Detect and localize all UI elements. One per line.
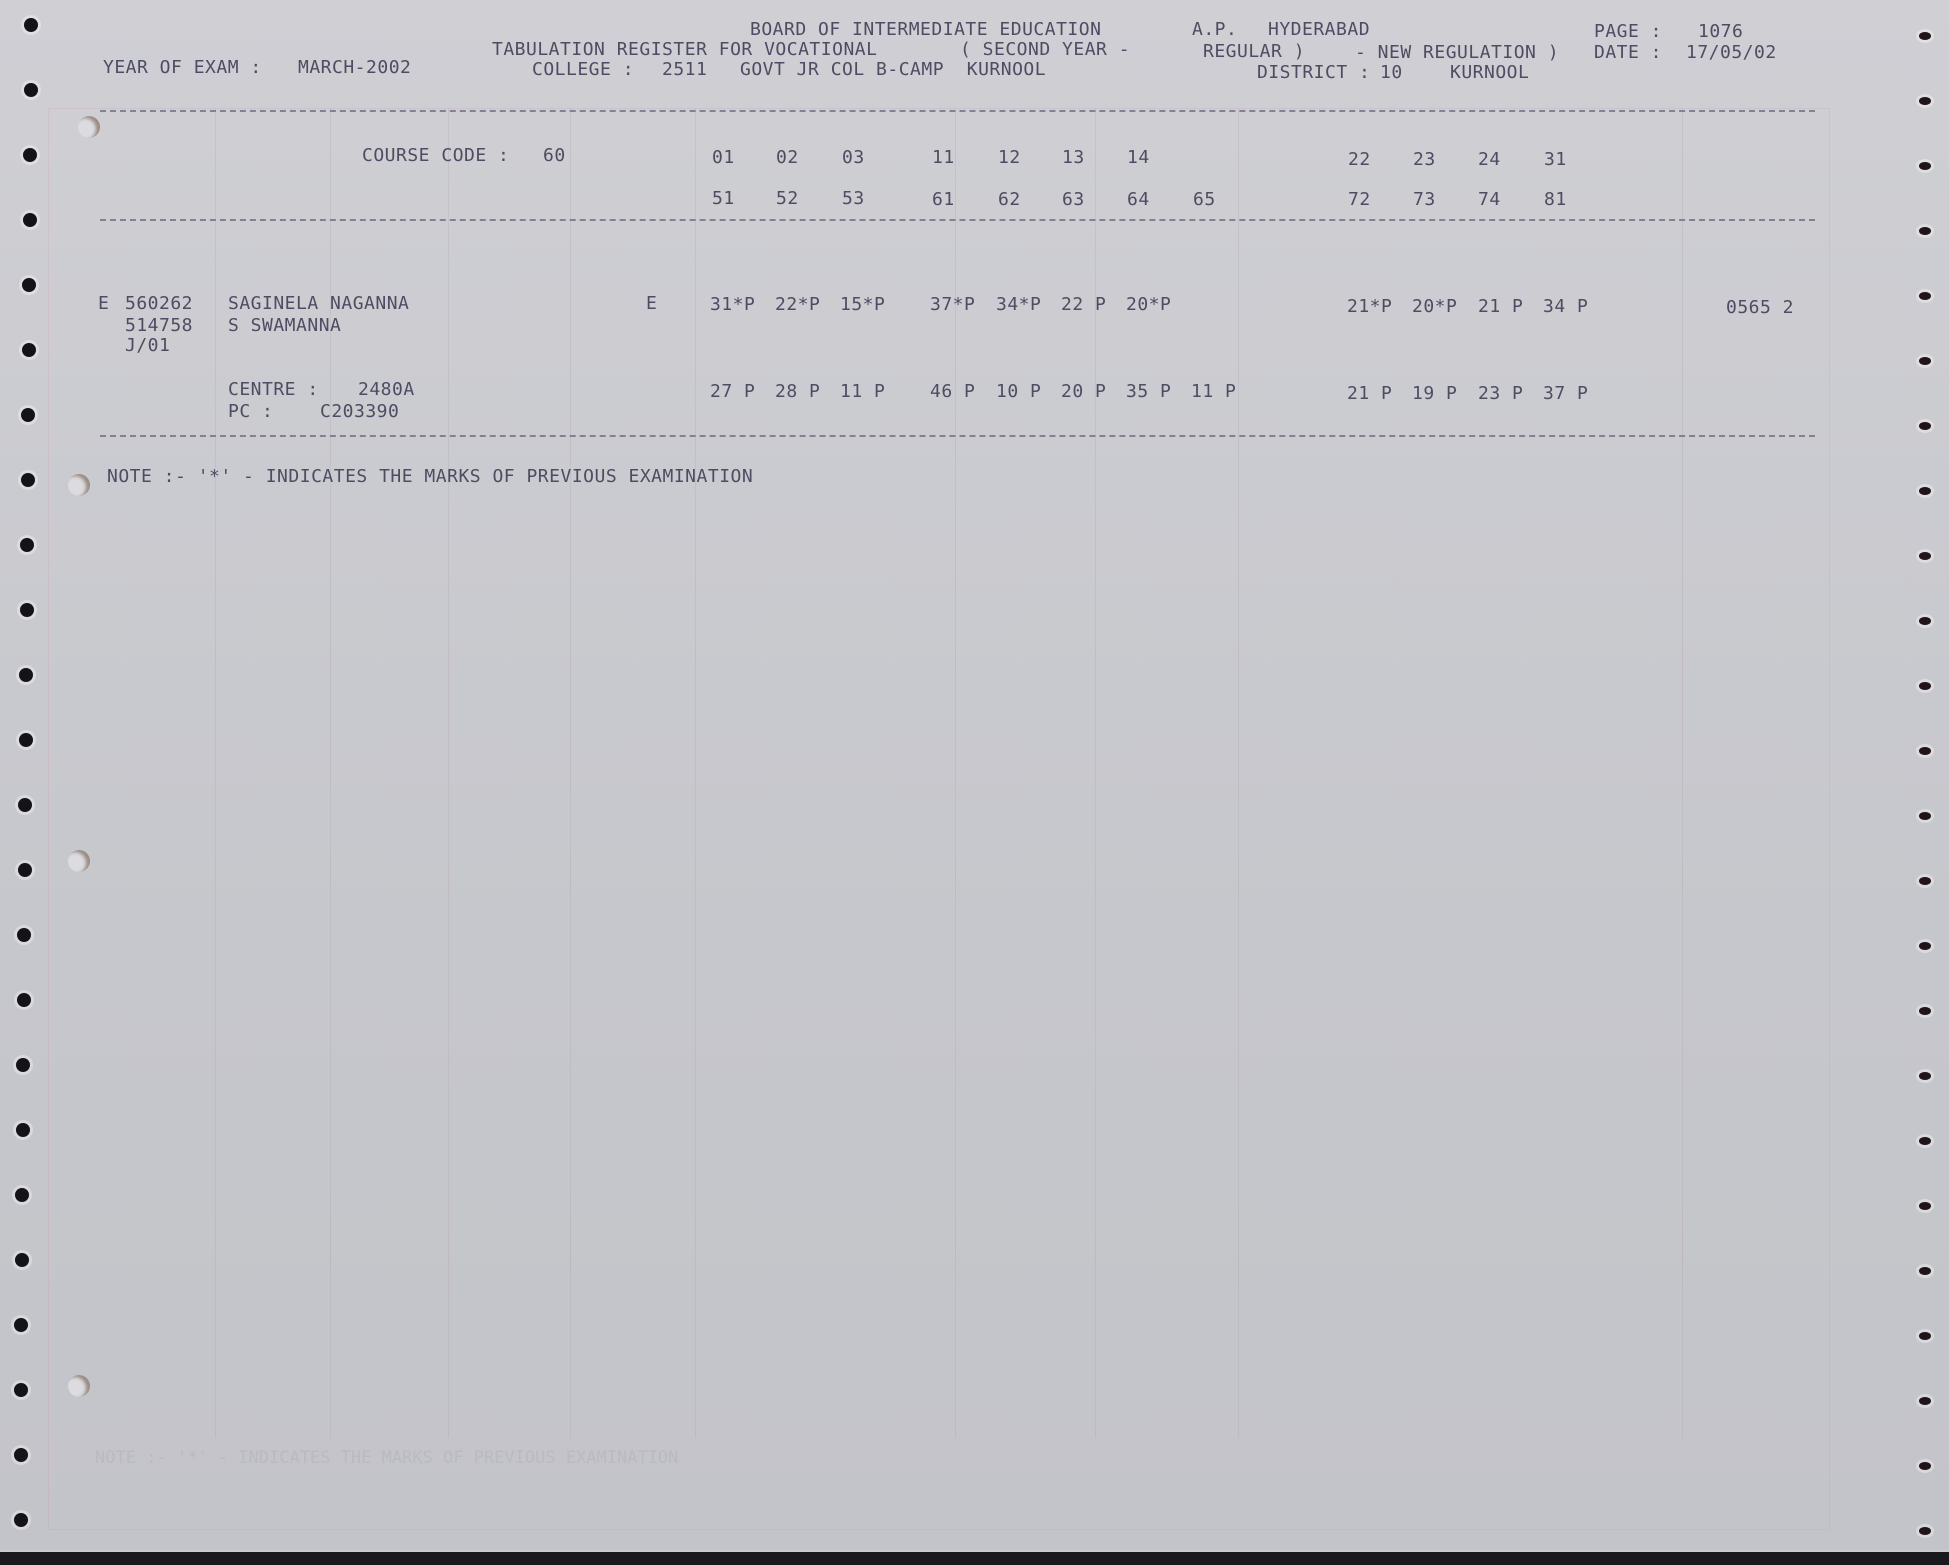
feed-hole-icon (20, 603, 34, 617)
separator-line (100, 435, 1815, 437)
course-code-label: COURSE CODE : (362, 146, 509, 166)
mark: 27 P (710, 382, 755, 402)
feed-hole-icon (21, 408, 35, 422)
grid-line (448, 108, 449, 1438)
feed-hole-icon (16, 1123, 30, 1137)
medium: E (646, 294, 657, 314)
feed-hole-icon (1919, 1527, 1931, 1535)
mark: 37 P (1543, 384, 1588, 404)
feed-hole-icon (1919, 747, 1931, 755)
feed-hole-icon (15, 1188, 29, 1202)
grid-line (1238, 108, 1239, 1438)
feed-hole-icon (17, 993, 31, 1007)
mark: 31*P (710, 295, 755, 315)
college-code: 2511 (662, 60, 707, 80)
paper-tear (68, 1375, 90, 1397)
pc-label: PC : (228, 402, 273, 422)
date: 17/05/02 (1686, 43, 1777, 63)
category: E (98, 294, 109, 314)
feed-hole-icon (14, 1383, 28, 1397)
paper-tear (78, 116, 100, 138)
student-name: SAGINELA NAGANNA (228, 294, 409, 314)
feed-hole-icon (1919, 1267, 1931, 1275)
mark: 15*P (840, 295, 885, 315)
college-name: GOVT JR COL B-CAMP KURNOOL (740, 60, 1046, 80)
exam-type: REGULAR ) (1203, 42, 1305, 62)
subject-code: 02 (776, 148, 799, 168)
feed-hole-icon (14, 1448, 28, 1462)
register-title: TABULATION REGISTER FOR VOCATIONAL (492, 40, 877, 60)
district-label: DISTRICT : (1257, 63, 1370, 83)
year-of-exam: MARCH-2002 (298, 58, 411, 78)
mark: 37*P (930, 295, 975, 315)
group: J/01 (125, 336, 170, 356)
feed-hole-icon (18, 798, 32, 812)
mark: 20 P (1061, 382, 1106, 402)
feed-hole-icon (1919, 877, 1931, 885)
board-name: BOARD OF INTERMEDIATE EDUCATION (750, 20, 1101, 40)
subject-code: 03 (842, 148, 865, 168)
feed-hole-icon (14, 1318, 28, 1332)
feed-hole-icon (20, 538, 34, 552)
mark: 21 P (1478, 297, 1523, 317)
feed-hole-icon (23, 213, 37, 227)
feed-hole-icon (22, 278, 36, 292)
feed-hole-icon (1919, 357, 1931, 365)
subject-code: 74 (1478, 190, 1501, 210)
mark: 20*P (1126, 295, 1171, 315)
grid-line (1682, 108, 1683, 1438)
subject-code: 14 (1127, 148, 1150, 168)
city: HYDERABAD (1268, 20, 1370, 40)
scanner-edge (0, 1552, 1949, 1565)
subject-code: 64 (1127, 190, 1150, 210)
note: NOTE :- '*' - INDICATES THE MARKS OF PRE… (107, 467, 753, 487)
feed-hole-icon (24, 83, 38, 97)
mark: 11 P (840, 382, 885, 402)
feed-hole-icon (21, 473, 35, 487)
subject-code: 65 (1193, 190, 1216, 210)
mark: 22 P (1061, 295, 1106, 315)
mark: 23 P (1478, 384, 1523, 404)
page-label: PAGE : (1594, 22, 1662, 42)
state: A.P. (1192, 20, 1237, 40)
subject-code: 61 (932, 190, 955, 210)
subject-code: 23 (1413, 150, 1436, 170)
subject-code: 63 (1062, 190, 1085, 210)
year-of-exam-label: YEAR OF EXAM : (103, 58, 262, 78)
feed-hole-icon (1919, 812, 1931, 820)
mark: 21*P (1347, 297, 1392, 317)
subject-code: 81 (1544, 190, 1567, 210)
feed-hole-icon (1919, 1397, 1931, 1405)
mark: 19 P (1412, 384, 1457, 404)
feed-hole-icon (1919, 1007, 1931, 1015)
mark: 46 P (930, 382, 975, 402)
feed-hole-icon (19, 668, 33, 682)
course-code: 60 (543, 146, 566, 166)
grid-line (215, 108, 216, 1438)
separator-line (100, 110, 1815, 112)
subject-code: 52 (776, 189, 799, 209)
feed-hole-icon (1919, 1462, 1931, 1470)
feed-hole-icon (1919, 1202, 1931, 1210)
subject-code: 53 (842, 189, 865, 209)
date-label: DATE : (1594, 43, 1662, 63)
year-type: ( SECOND YEAR - (960, 40, 1130, 60)
pc: C203390 (320, 402, 399, 422)
hall-ticket: 560262 (125, 294, 193, 314)
mark: 34*P (996, 295, 1041, 315)
centre: 2480A (358, 380, 415, 400)
subject-code: 11 (932, 148, 955, 168)
total-result: 0565 2 (1726, 298, 1794, 318)
feed-hole-icon (1919, 162, 1931, 170)
feed-hole-icon (1919, 682, 1931, 690)
district-name: KURNOOL (1450, 63, 1529, 83)
subject-code: 73 (1413, 190, 1436, 210)
feed-hole-icon (1919, 617, 1931, 625)
feed-hole-icon (17, 928, 31, 942)
subject-code: 12 (998, 148, 1021, 168)
feed-hole-icon (1919, 1332, 1931, 1340)
centre-label: CENTRE : (228, 380, 319, 400)
reg-no: 514758 (125, 316, 193, 336)
subject-code: 01 (712, 148, 735, 168)
feed-hole-icon (15, 1253, 29, 1267)
feed-hole-icon (18, 863, 32, 877)
feed-hole-icon (1919, 1137, 1931, 1145)
feed-hole-icon (16, 1058, 30, 1072)
feed-hole-icon (24, 18, 38, 32)
mark: 22*P (775, 295, 820, 315)
district-code: 10 (1380, 63, 1403, 83)
feed-hole-icon (1919, 487, 1931, 495)
grid-line (570, 108, 571, 1438)
paper-tear (68, 850, 90, 872)
feed-hole-icon (1919, 552, 1931, 560)
feed-hole-icon (1919, 97, 1931, 105)
feed-hole-icon (1919, 1072, 1931, 1080)
feed-hole-icon (14, 1513, 28, 1527)
mark: 35 P (1126, 382, 1171, 402)
subject-code: 51 (712, 189, 735, 209)
subject-code: 72 (1348, 190, 1371, 210)
feed-hole-icon (1919, 422, 1931, 430)
subject-code: 13 (1062, 148, 1085, 168)
mark: 20*P (1412, 297, 1457, 317)
feed-hole-icon (1919, 227, 1931, 235)
mark: 10 P (996, 382, 1041, 402)
feed-hole-icon (19, 733, 33, 747)
feed-hole-icon (1919, 942, 1931, 950)
subject-code: 24 (1478, 150, 1501, 170)
subject-code: 22 (1348, 150, 1371, 170)
feed-hole-icon (22, 343, 36, 357)
grid-line (695, 108, 696, 1438)
college-label: COLLEGE : (532, 60, 634, 80)
subject-code: 31 (1544, 150, 1567, 170)
mark: 21 P (1347, 384, 1392, 404)
paper-tear (68, 474, 90, 496)
feed-hole-icon (1919, 32, 1931, 40)
page-number: 1076 (1698, 22, 1743, 42)
ghost-note: NOTE :- '*' - INDICATES THE MARKS OF PRE… (95, 1448, 678, 1468)
feed-hole-icon (1919, 292, 1931, 300)
father-name: S SWAMANNA (228, 316, 341, 336)
feed-hole-icon (23, 148, 37, 162)
separator-line (100, 219, 1815, 221)
regulation: - NEW REGULATION ) (1355, 43, 1559, 63)
mark: 28 P (775, 382, 820, 402)
mark: 34 P (1543, 297, 1588, 317)
subject-code: 62 (998, 190, 1021, 210)
mark: 11 P (1191, 382, 1236, 402)
